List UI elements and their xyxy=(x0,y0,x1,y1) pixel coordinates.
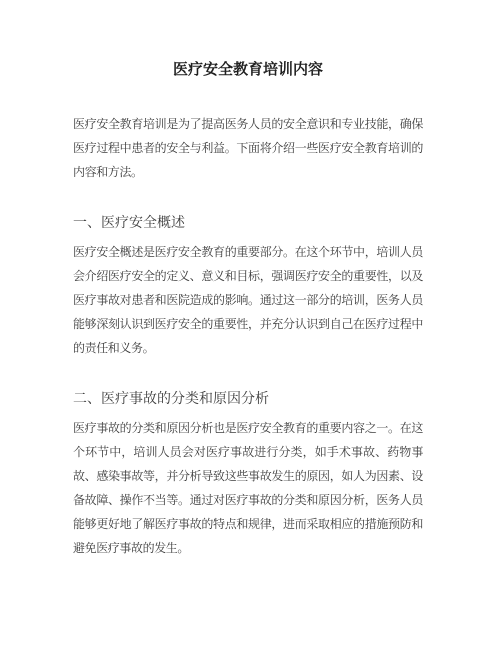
section-heading-2: 二、医疗事故的分类和原因分析 xyxy=(73,386,423,410)
intro-paragraph: 医疗安全教育培训是为了提高医务人员的安全意识和专业技能，确保医疗过程中患者的安全… xyxy=(73,112,423,184)
document-page: 医疗安全教育培训内容 医疗安全教育培训是为了提高医务人员的安全意识和专业技能，确… xyxy=(0,0,500,647)
section-heading-1: 一、医疗安全概述 xyxy=(73,210,423,234)
section-paragraph-2: 医疗事故的分类和原因分析也是医疗安全教育的重要内容之一。在这个环节中，培训人员会… xyxy=(73,416,423,560)
section-paragraph-1: 医疗安全概述是医疗安全教育的重要部分。在这个环节中，培训人员会介绍医疗安全的定义… xyxy=(73,240,423,360)
document-title: 医疗安全教育培训内容 xyxy=(73,58,423,82)
